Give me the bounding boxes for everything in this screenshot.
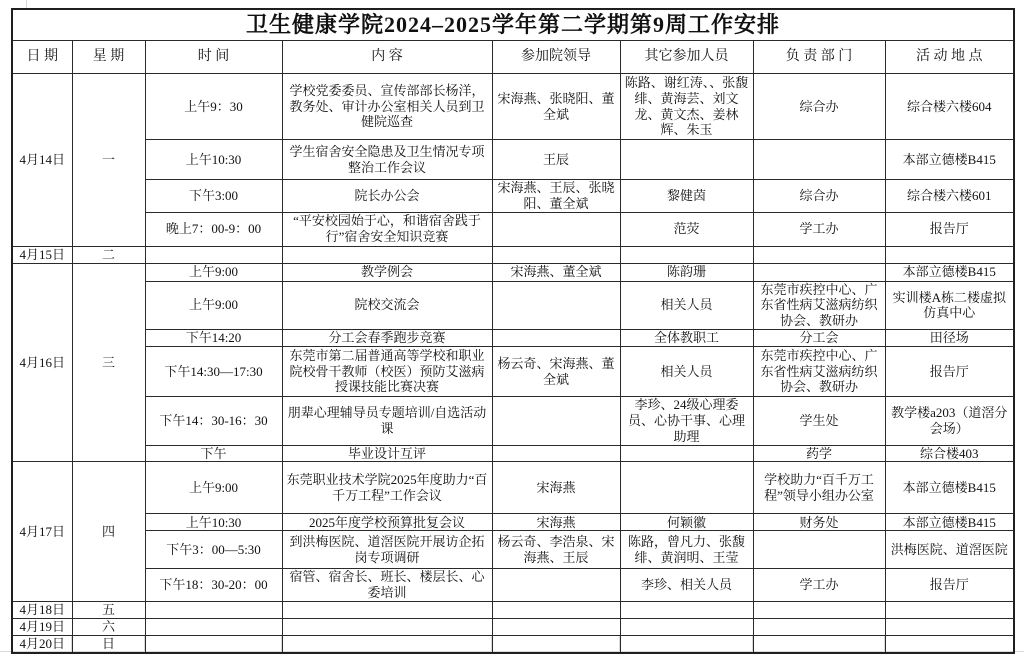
date-cell: 4月19日 [12,619,72,636]
schedule-row: 下午3：00—5:30 到洪梅医院、道滘医院开展访企拓岗专项调研 杨云奇、李浩泉… [12,531,1014,569]
participants-cell: 全体教职工 [620,330,753,347]
participants-cell: 何颖徽 [620,514,753,531]
col-header-date: 日 期 [12,41,72,74]
schedule-row: 4月19日 六 [12,619,1014,636]
department-cell [753,635,885,652]
time-cell [145,246,282,263]
weekday-cell: 日 [72,635,145,652]
time-cell: 下午14:30—17:30 [145,347,282,397]
col-header-content: 内 容 [282,41,492,74]
schedule-row: 4月14日 一 上午9：30 学校党委委员、宣传部部长杨洋，教务处、审计办公室相… [12,74,1014,140]
department-cell: 学工办 [753,569,885,602]
schedule-row: 上午10:30 学生宿舍安全隐患及卫生情况专项整治工作会议 王辰 本部立德楼B4… [12,140,1014,180]
page-title: 卫生健康学院2024–2025学年第二学期第9周工作安排 [12,9,1014,41]
content-cell: 宿管、宿舍长、班长、楼层长、心委培训 [282,569,492,602]
location-cell [885,619,1014,636]
content-cell: 院长办公会 [282,180,492,213]
content-cell: 东莞市第二届普通高等学校和职业院校骨干教师（校医）预防艾滋病授课技能比赛决赛 [282,347,492,397]
date-cell: 4月16日 [12,263,72,462]
department-cell: 学校助力“百千万工程”领导小组办公室 [753,462,885,514]
location-cell: 综合楼六楼604 [885,74,1014,140]
leaders-cell [492,281,620,330]
time-cell [145,602,282,619]
schedule-row: 上午10:30 2025年度学校预算批复会议 宋海燕 何颖徽 财务处 本部立德楼… [12,514,1014,531]
location-cell [885,635,1014,652]
location-cell: 本部立德楼B415 [885,514,1014,531]
leaders-cell [492,212,620,246]
department-cell [753,531,885,569]
content-cell [282,602,492,619]
content-cell: 学生宿舍安全隐患及卫生情况专项整治工作会议 [282,140,492,180]
content-cell: 分工会春季跑步竞赛 [282,330,492,347]
weekday-cell: 六 [72,619,145,636]
header-row: 日 期 星 期 时 间 内 容 参加院领导 其它参加人员 负 责 部 门 活 动… [12,41,1014,74]
schedule-sheet: 卫生健康学院2024–2025学年第二学期第9周工作安排 日 期 星 期 时 间… [11,8,1013,654]
date-cell: 4月20日 [12,635,72,652]
schedule-row: 4月16日 三 上午9:00 教学例会 宋海燕、董全斌 陈韵珊 本部立德楼B41… [12,263,1014,281]
department-cell: 分工会 [753,330,885,347]
col-header-location: 活 动 地 点 [885,41,1014,74]
date-cell: 4月18日 [12,602,72,619]
department-cell [753,140,885,180]
department-cell: 学生处 [753,397,885,446]
time-cell [145,619,282,636]
leaders-cell [492,246,620,263]
participants-cell [620,619,753,636]
leaders-cell: 宋海燕、张晓阳、董全斌 [492,74,620,140]
leaders-cell [492,635,620,652]
content-cell: 学校党委委员、宣传部部长杨洋，教务处、审计办公室相关人员到卫健院巡查 [282,74,492,140]
department-cell: 东莞市疾控中心、广东省性病艾滋病纺织协会、教研办 [753,347,885,397]
participants-cell: 范荧 [620,212,753,246]
leaders-cell [492,569,620,602]
content-cell [282,635,492,652]
weekday-cell: 四 [72,462,145,602]
content-cell: “平安校园始于心，和谐宿舍践于行”宿舍安全知识竞赛 [282,212,492,246]
col-header-time: 时 间 [145,41,282,74]
time-cell: 上午9:00 [145,281,282,330]
department-cell: 东莞市疾控中心、广东省性病艾滋病纺织协会、教研办 [753,281,885,330]
location-cell: 本部立德楼B415 [885,462,1014,514]
time-cell: 下午 [145,445,282,462]
leaders-cell [492,397,620,446]
schedule-row: 下午18：30-20：00 宿管、宿舍长、班长、楼层长、心委培训 李珍、相关人员… [12,569,1014,602]
leaders-cell: 杨云奇、宋海燕、董全斌 [492,347,620,397]
participants-cell [620,445,753,462]
time-cell: 上午10:30 [145,140,282,180]
time-cell: 下午3:00 [145,180,282,213]
content-cell [282,619,492,636]
leaders-cell [492,330,620,347]
participants-cell: 相关人员 [620,281,753,330]
location-cell: 实训楼A栋二楼虚拟仿真中心 [885,281,1014,330]
content-cell: 朋辈心理辅导员专题培训/自选活动课 [282,397,492,446]
department-cell: 药学 [753,445,885,462]
time-cell [145,635,282,652]
content-cell [282,246,492,263]
col-header-department: 负 责 部 门 [753,41,885,74]
time-cell: 下午18：30-20：00 [145,569,282,602]
department-cell: 财务处 [753,514,885,531]
leaders-cell [492,619,620,636]
time-cell: 上午9:00 [145,462,282,514]
weekday-cell: 一 [72,74,145,247]
date-cell: 4月17日 [12,462,72,602]
location-cell [885,602,1014,619]
weekday-cell: 二 [72,246,145,263]
leaders-cell: 宋海燕、董全斌 [492,263,620,281]
schedule-row: 下午14:30—17:30 东莞市第二届普通高等学校和职业院校骨干教师（校医）预… [12,347,1014,397]
department-cell: 综合办 [753,180,885,213]
participants-cell [620,635,753,652]
participants-cell: 陈路、谢红涛、、张馥绯、黄海芸、刘文龙、黄文杰、姜林辉、朱玉 [620,74,753,140]
schedule-row: 下午3:00 院长办公会 宋海燕、王辰、张晓阳、董全斌 黎健茵 综合办 综合楼六… [12,180,1014,213]
location-cell: 教学楼a203（道滘分会场） [885,397,1014,446]
leaders-cell: 杨云奇、李浩泉、宋海燕、王辰 [492,531,620,569]
schedule-row: 下午 毕业设计互评 药学 综合楼403 [12,445,1014,462]
content-cell: 到洪梅医院、道滘医院开展访企拓岗专项调研 [282,531,492,569]
sheet-gridline [26,0,27,8]
participants-cell: 黎健茵 [620,180,753,213]
weekday-cell: 五 [72,602,145,619]
time-cell: 下午14：30-16：30 [145,397,282,446]
schedule-row: 4月15日 二 [12,246,1014,263]
department-cell [753,619,885,636]
content-cell: 2025年度学校预算批复会议 [282,514,492,531]
department-cell: 学工办 [753,212,885,246]
schedule-row: 下午14:20 分工会春季跑步竞赛 全体教职工 分工会 田径场 [12,330,1014,347]
participants-cell [620,246,753,263]
schedule-row: 上午9:00 院校交流会 相关人员 东莞市疾控中心、广东省性病艾滋病纺织协会、教… [12,281,1014,330]
participants-cell: 陈韵珊 [620,263,753,281]
leaders-cell: 宋海燕、王辰、张晓阳、董全斌 [492,180,620,213]
department-cell: 综合办 [753,74,885,140]
col-header-participants: 其它参加人员 [620,41,753,74]
location-cell: 田径场 [885,330,1014,347]
content-cell: 院校交流会 [282,281,492,330]
date-cell: 4月15日 [12,246,72,263]
title-row: 卫生健康学院2024–2025学年第二学期第9周工作安排 [12,9,1014,41]
location-cell: 本部立德楼B415 [885,263,1014,281]
col-header-weekday: 星 期 [72,41,145,74]
participants-cell [620,140,753,180]
participants-cell [620,462,753,514]
leaders-cell [492,602,620,619]
participants-cell: 李珍、24级心理委员、心协干事、心理助理 [620,397,753,446]
location-cell: 本部立德楼B415 [885,140,1014,180]
date-cell: 4月14日 [12,74,72,247]
schedule-row: 4月20日 日 [12,635,1014,652]
content-cell: 教学例会 [282,263,492,281]
schedule-table: 卫生健康学院2024–2025学年第二学期第9周工作安排 日 期 星 期 时 间… [11,8,1015,654]
department-cell [753,263,885,281]
leaders-cell: 王辰 [492,140,620,180]
schedule-row: 下午14：30-16：30 朋辈心理辅导员专题培训/自选活动课 李珍、24级心理… [12,397,1014,446]
time-cell: 上午9:00 [145,263,282,281]
location-cell: 报告厅 [885,347,1014,397]
col-header-leaders: 参加院领导 [492,41,620,74]
time-cell: 晚上7：00-9：00 [145,212,282,246]
location-cell: 综合楼403 [885,445,1014,462]
content-cell: 东莞职业技术学院2025年度助力“百千万工程”工作会议 [282,462,492,514]
location-cell: 综合楼六楼601 [885,180,1014,213]
participants-cell [620,602,753,619]
time-cell: 上午10:30 [145,514,282,531]
leaders-cell: 宋海燕 [492,514,620,531]
participants-cell: 相关人员 [620,347,753,397]
content-cell: 毕业设计互评 [282,445,492,462]
time-cell: 上午9：30 [145,74,282,140]
weekday-cell: 三 [72,263,145,462]
schedule-row: 4月18日 五 [12,602,1014,619]
location-cell: 报告厅 [885,212,1014,246]
time-cell: 下午3：00—5:30 [145,531,282,569]
location-cell: 洪梅医院、道滘医院 [885,531,1014,569]
participants-cell: 陈路，曾凡力、张馥绯、黄润明、王莹 [620,531,753,569]
leaders-cell [492,445,620,462]
participants-cell: 李珍、相关人员 [620,569,753,602]
leaders-cell: 宋海燕 [492,462,620,514]
department-cell [753,602,885,619]
department-cell [753,246,885,263]
schedule-row: 晚上7：00-9：00 “平安校园始于心，和谐宿舍践于行”宿舍安全知识竞赛 范荧… [12,212,1014,246]
location-cell [885,246,1014,263]
time-cell: 下午14:20 [145,330,282,347]
schedule-row: 4月17日 四 上午9:00 东莞职业技术学院2025年度助力“百千万工程”工作… [12,462,1014,514]
location-cell: 报告厅 [885,569,1014,602]
